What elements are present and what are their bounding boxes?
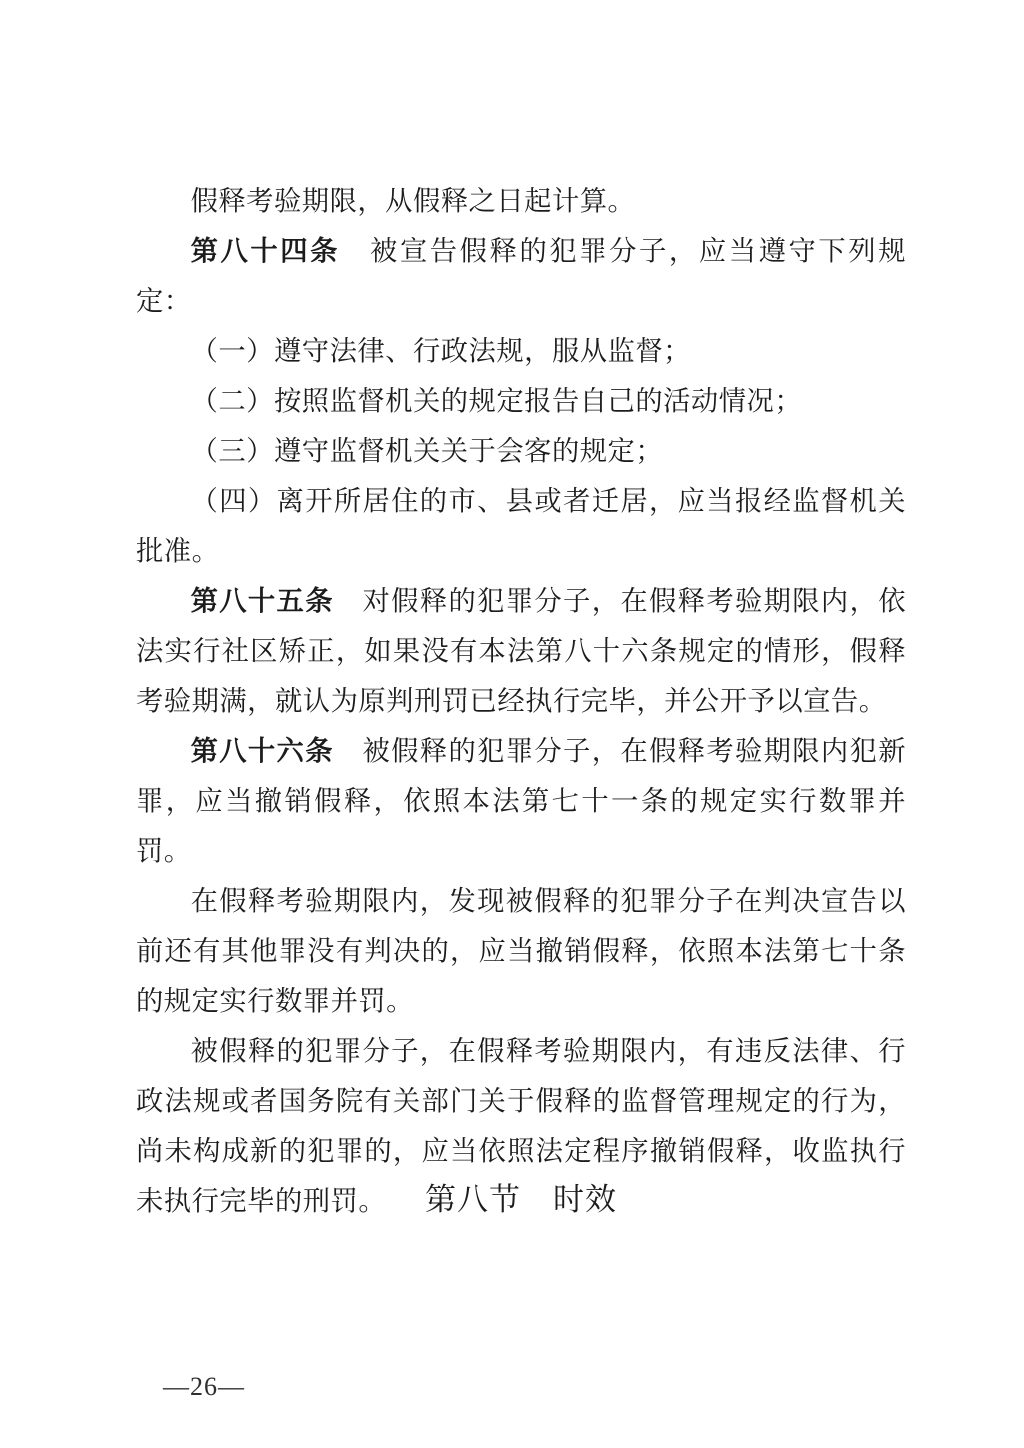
paragraph-text: （三）遵守监督机关关于会客的规定；	[191, 436, 664, 466]
paragraph: 假释考验期限，从假释之日起计算。	[136, 176, 906, 226]
paragraph-text: 在假释考验期限内，发现被假释的犯罪分子在判决宣告以前还有其他罪没有判决的，应当撤…	[136, 886, 906, 1016]
paragraph: （三）遵守监督机关关于会客的规定；	[136, 426, 906, 476]
article-number: 第八十四条	[191, 236, 340, 266]
article-number: 第八十六条	[191, 736, 334, 766]
section-heading: 第八节 时效	[136, 1178, 906, 1222]
paragraph-text: 假释考验期限，从假释之日起计算。	[191, 186, 636, 216]
paragraph-text: （四）离开所居住的市、县或者迁居，应当报经监督机关批准。	[136, 486, 906, 566]
article-number: 第八十五条	[191, 586, 334, 616]
document-page: 假释考验期限，从假释之日起计算。第八十四条 被宣告假释的犯罪分子，应当遵守下列规…	[0, 0, 1024, 1448]
paragraph: （一）遵守法律、行政法规，服从监督；	[136, 326, 906, 376]
paragraph: （四）离开所居住的市、县或者迁居，应当报经监督机关批准。	[136, 476, 906, 576]
paragraph: 第八十六条 被假释的犯罪分子，在假释考验期限内犯新罪，应当撤销假释，依照本法第七…	[136, 726, 906, 876]
document-body: 假释考验期限，从假释之日起计算。第八十四条 被宣告假释的犯罪分子，应当遵守下列规…	[136, 176, 906, 1226]
paragraph: （二）按照监督机关的规定报告自己的活动情况；	[136, 376, 906, 426]
paragraph: 第八十四条 被宣告假释的犯罪分子，应当遵守下列规定：	[136, 226, 906, 326]
paragraph: 在假释考验期限内，发现被假释的犯罪分子在判决宣告以前还有其他罪没有判决的，应当撤…	[136, 876, 906, 1026]
paragraph-text: （二）按照监督机关的规定报告自己的活动情况；	[191, 386, 803, 416]
page-number: —26—	[163, 1372, 245, 1402]
paragraph: 第八十五条 对假释的犯罪分子，在假释考验期限内，依法实行社区矫正，如果没有本法第…	[136, 576, 906, 726]
paragraph-text: （一）遵守法律、行政法规，服从监督；	[191, 336, 691, 366]
